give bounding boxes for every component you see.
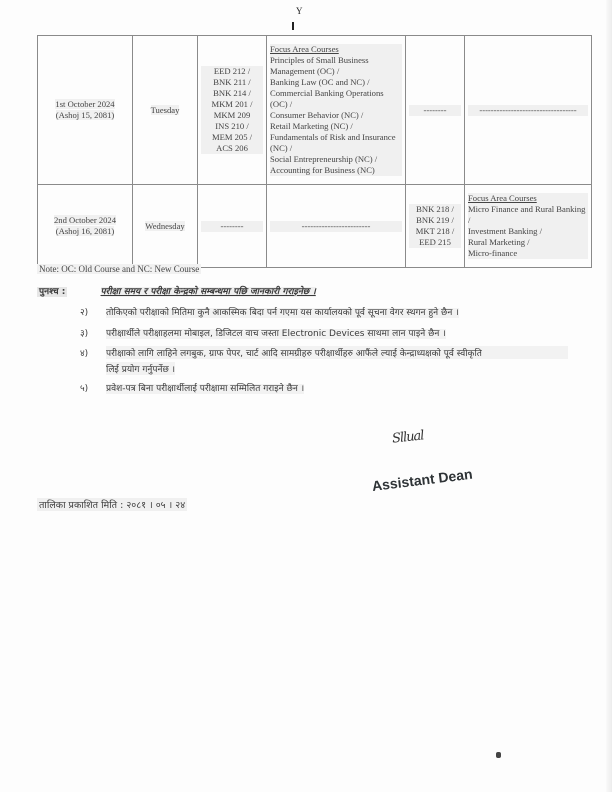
code-cell: -------- [198, 185, 267, 268]
course-name: Investment Banking / [468, 226, 588, 237]
day-label: Tuesday [151, 105, 180, 115]
course-cell: Focus Area Courses Principles of Small B… [267, 36, 406, 185]
reminder-heading: पुनश्च : परीक्षा समय र परीक्षा केन्द्रको… [37, 284, 316, 297]
course-code: -------- [201, 221, 263, 232]
rule-number: ५) [80, 381, 106, 394]
course-name: Fundamentals of Risk and Insurance (NC) … [270, 132, 402, 154]
date-cell: 1st October 2024 (Ashoj 15, 2081) [38, 36, 133, 185]
day-cell: Wednesday [133, 185, 198, 268]
course-code: EED 212 / [201, 66, 263, 77]
course-name: Banking Law (OC and NC) / [270, 77, 402, 88]
rule-item: २)तोकिएको परीक्षाको मितिमा कुनै आकस्मिक … [80, 305, 459, 318]
course-code: MKM 209 [201, 110, 263, 121]
course-name: Principles of Small Business Management … [270, 55, 402, 77]
date-cell: 2nd October 2024 (Ashoj 16, 2081) [38, 185, 133, 268]
rule-text: परीक्षार्थीले परीक्षाहलमा मोबाइल, डिजिटल… [106, 329, 446, 339]
course-code: BNK 218 / [409, 204, 461, 215]
date-bs: (Ashoj 15, 2081) [56, 110, 114, 120]
course-code: MEM 205 / [201, 132, 263, 143]
course-code: BNK 219 / [409, 215, 461, 226]
course-name: Commercial Banking Operations (OC) / [270, 88, 402, 110]
scan-edge [606, 0, 612, 792]
rule-number: ३) [80, 326, 106, 339]
day-cell: Tuesday [133, 36, 198, 185]
course-code: MKM 201 / [201, 99, 263, 110]
rule-number: ४) [80, 346, 106, 359]
course-code: EED 215 [409, 237, 461, 248]
code-cell-2: -------- [406, 36, 465, 185]
course-name: Consumer Behavior (NC) / [270, 110, 402, 121]
rule-text: परीक्षाको लागि लाहिने लगबुक, ग्राफ पेपर,… [106, 346, 568, 359]
rule-item: ४)परीक्षाको लागि लाहिने लगबुक, ग्राफ पेप… [80, 346, 612, 375]
course-cell-2: ---------------------------------- [465, 36, 592, 185]
focus-area-heading: Focus Area Courses [468, 193, 588, 204]
code-cell-2: BNK 218 /BNK 219 /MKT 218 /EED 215 [406, 185, 465, 268]
course-code: INS 210 / [201, 121, 263, 132]
course-name: ------------------------ [270, 221, 402, 232]
exam-routine-table: 1st October 2024 (Ashoj 15, 2081) Tuesda… [37, 35, 592, 268]
focus-area-heading: Focus Area Courses [270, 44, 402, 55]
rule-text: प्रवेश-पत्र बिना परीक्षार्थीलाई परीक्षाम… [106, 384, 304, 394]
designation-stamp: Assistant Dean [371, 466, 473, 494]
reminder-lead: पुनश्च : [37, 287, 67, 297]
rule-number: २) [80, 305, 106, 318]
scan-speck [496, 752, 501, 758]
date-bs: (Ashoj 16, 2081) [56, 226, 114, 236]
course-note: Note: OC: Old Course and NC: New Course [37, 264, 201, 274]
course-code: -------- [409, 105, 461, 116]
course-code: BNK 214 / [201, 88, 263, 99]
date-ad: 1st October 2024 [55, 99, 114, 109]
course-code: BNK 211 / [201, 77, 263, 88]
day-label: Wednesday [145, 221, 184, 231]
code-cell: EED 212 /BNK 211 /BNK 214 /MKM 201 /MKM … [198, 36, 267, 185]
table-row: 2nd October 2024 (Ashoj 16, 2081) Wednes… [38, 185, 592, 268]
top-tick [292, 22, 294, 30]
signature: Sllual [391, 428, 424, 446]
course-name: Micro-finance [468, 248, 588, 259]
rule-item: ३)परीक्षार्थीले परीक्षाहलमा मोबाइल, डिजि… [80, 326, 446, 339]
course-name: Rural Marketing / [468, 237, 588, 248]
top-marker: Y [296, 6, 303, 16]
reminder-title: परीक्षा समय र परीक्षा केन्द्रको सम्बन्धम… [101, 287, 316, 297]
rule-item: ५)प्रवेश-पत्र बिना परीक्षार्थीलाई परीक्ष… [80, 381, 304, 394]
rule-text-continuation: लिई प्रयोग गर्नुपर्नेछ । [106, 362, 175, 375]
publish-date: तालिका प्रकाशित मिति : २०८१ । ०५ । २४ [37, 498, 187, 511]
course-name: Accounting for Business (NC) [270, 165, 402, 176]
rule-text: तोकिएको परीक्षाको मितिमा कुनै आकस्मिक बि… [106, 308, 459, 318]
table-row: 1st October 2024 (Ashoj 15, 2081) Tuesda… [38, 36, 592, 185]
course-code: ACS 206 [201, 143, 263, 154]
course-name: Micro Finance and Rural Banking / [468, 204, 588, 226]
course-name: Social Entrepreneurship (NC) / [270, 154, 402, 165]
date-ad: 2nd October 2024 [54, 215, 116, 225]
course-cell: ------------------------ [267, 185, 406, 268]
course-name: Retail Marketing (NC) / [270, 121, 402, 132]
course-code: MKT 218 / [409, 226, 461, 237]
course-name: ---------------------------------- [468, 105, 588, 116]
course-cell-2: Focus Area Courses Micro Finance and Rur… [465, 185, 592, 268]
